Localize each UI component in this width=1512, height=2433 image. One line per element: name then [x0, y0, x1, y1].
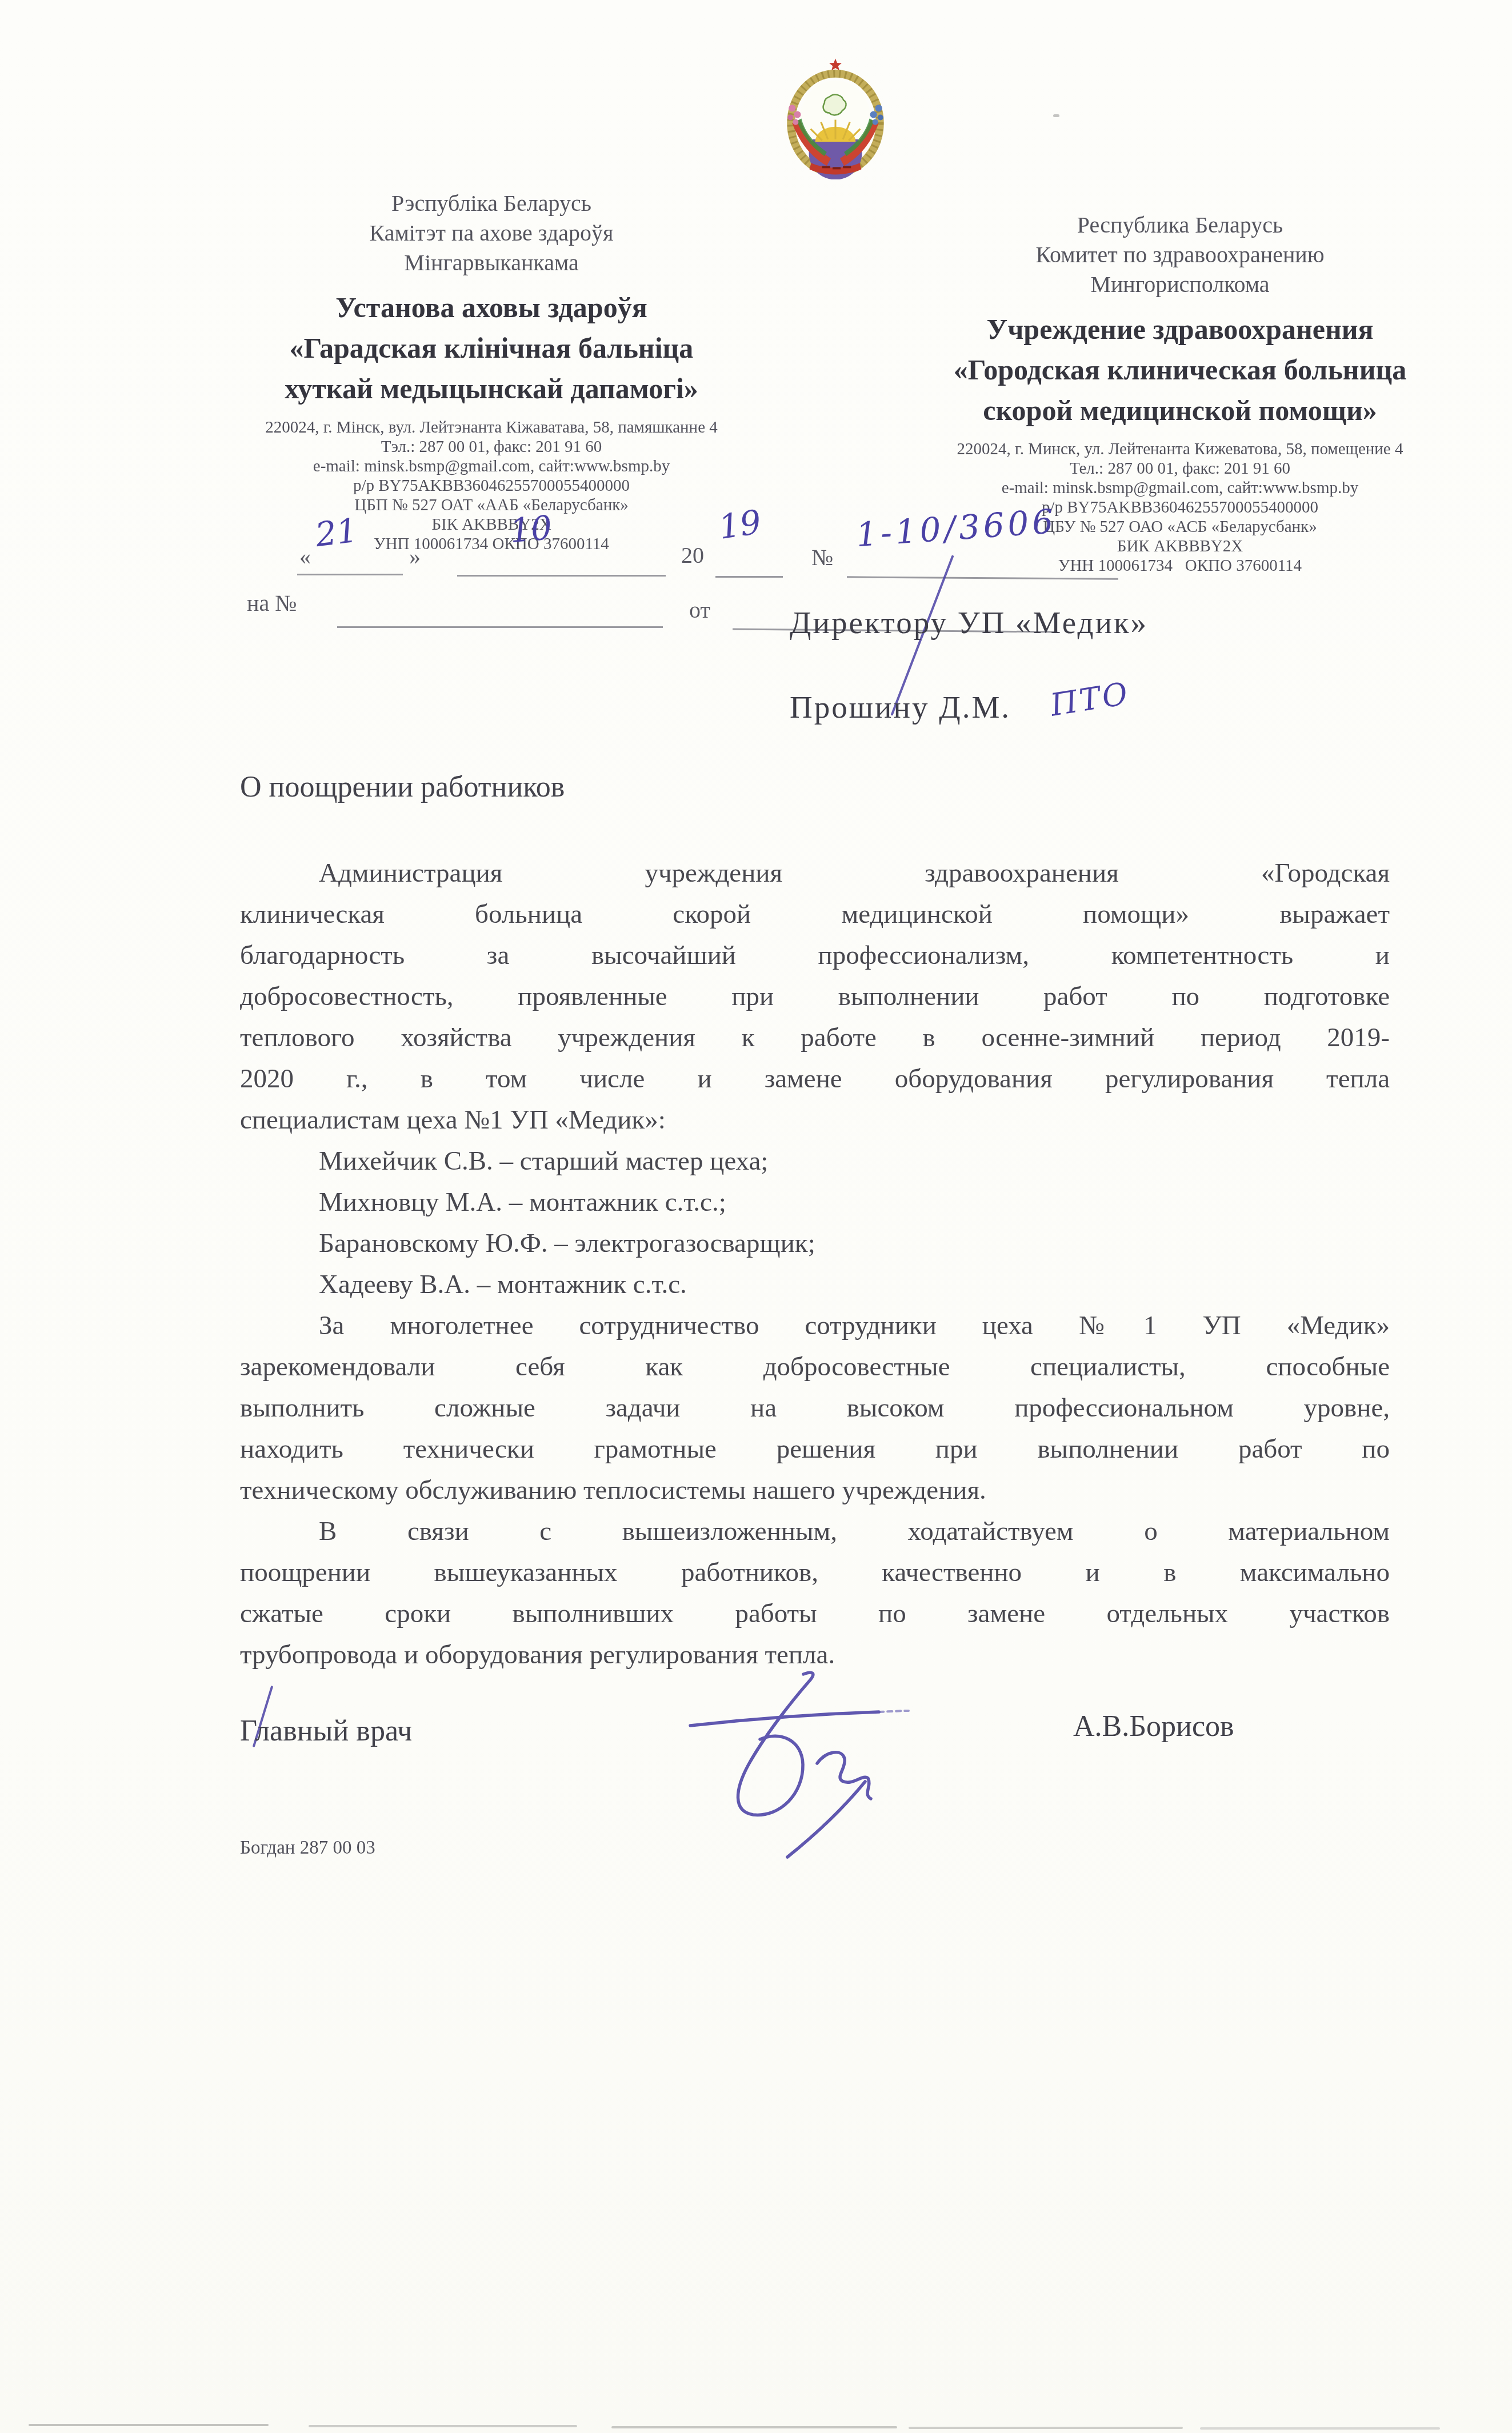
address-line: 220024, г. Мінск, вул. Лейтэнанта Кіжава… [217, 418, 766, 437]
country-line: Рэспубліка Беларусь [217, 189, 766, 218]
signature-scribble [673, 1667, 925, 1862]
scan-artifact [909, 2427, 1183, 2429]
recipient-line: Барановскому Ю.Ф. – электрогазосварщик; [240, 1223, 1390, 1264]
handwritten-day: 21 [313, 511, 360, 554]
recipient-line: Михновцу М.А. – монтажник с.т.с.; [240, 1182, 1390, 1223]
org-name-line: Учреждение здравоохранения [886, 312, 1474, 347]
doc-number-blank [847, 576, 1118, 579]
body-line: находить технически грамотные решения пр… [240, 1428, 1390, 1470]
number-label: № [811, 544, 833, 571]
date-close-quote: » [409, 543, 421, 570]
committee-line: Камітэт па ахове здароўя [217, 218, 766, 248]
scan-artifact [309, 2425, 577, 2427]
body-line: Администрация учреждения здравоохранения… [240, 853, 1390, 894]
unp-line: УНН 100061734 ОКПО 37600114 [886, 556, 1474, 575]
body-line: клиническая больница скорой медицинской … [240, 894, 1390, 935]
bank-line: ЦБП № 527 ОАТ «ААБ «Беларусбанк» [217, 495, 766, 515]
scan-artifact [1200, 2427, 1440, 2430]
signer-name: А.В.Борисов [1073, 1710, 1234, 1743]
addressee-line: Директору УП «Медик» [790, 605, 1148, 641]
na-number-label: на № [247, 590, 297, 617]
handwritten-pto-note: ПТО [1048, 675, 1133, 723]
country-line: Республика Беларусь [886, 210, 1474, 240]
email-line: e-mail: minsk.bsmp@gmail.com, сайт:www.b… [217, 457, 766, 476]
org-name-line: скорой медицинской помощи» [886, 393, 1474, 428]
account-line: р/р BY75AKBB36046255700055400000 [217, 476, 766, 495]
address-line: 220024, г. Минск, ул. Лейтенанта Кижеват… [886, 439, 1474, 459]
letter-body: Администрация учреждения здравоохранения… [240, 853, 1390, 1675]
year-prefix: 20 [681, 542, 704, 569]
belarus-coat-of-arms-icon [775, 55, 896, 179]
org-name-line: «Городская клиническая больница [886, 353, 1474, 387]
signer-position: Главный врач [240, 1714, 412, 1748]
body-line: благодарность за высочайший профессионал… [240, 935, 1390, 976]
body-line: сжатые сроки выполнивших работы по замен… [240, 1593, 1390, 1634]
handwritten-year: 19 [717, 502, 764, 547]
body-line: За многолетнее сотрудничество сотрудники… [240, 1305, 1390, 1346]
scan-artifact [611, 2426, 897, 2428]
body-line: добросовестность, проявленные при выполн… [240, 976, 1390, 1017]
body-line: теплового хозяйства учреждения к работе … [240, 1017, 1390, 1058]
body-line: техническому обслуживанию теплосистемы н… [240, 1470, 1390, 1511]
executor-line: Богдан 287 00 03 [240, 1838, 375, 1859]
committee-line: Комитет по здравоохранению [886, 240, 1474, 270]
scanned-letter-page: Рэспубліка Беларусь Камітэт па ахове зда… [0, 0, 1512, 2433]
date-day-blank [297, 574, 403, 575]
body-line: поощрении вышеуказанных работников, каче… [240, 1552, 1390, 1593]
sender-block-belarusian: Рэспубліка Беларусь Камітэт па ахове зда… [217, 189, 766, 554]
ot-label: от [689, 597, 710, 623]
email-line: e-mail: minsk.bsmp@gmail.com, сайт:www.b… [886, 478, 1474, 498]
date-open-quote: « [299, 543, 311, 570]
body-line: специалистам цеха №1 УП «Медик»: [240, 1099, 1390, 1141]
org-name-line: «Гарадская клінічная бальніца [217, 331, 766, 366]
recipient-line: Михейчик С.В. – старший мастер цеха; [240, 1141, 1390, 1182]
date-month-blank [457, 575, 666, 577]
recipient-line: Хадееву В.А. – монтажник с.т.с. [240, 1264, 1390, 1305]
addressee-line: Прошину Д.М. [790, 689, 1011, 725]
phone-line: Тел.: 287 00 01, факс: 201 91 60 [886, 459, 1474, 478]
executive-line: Мингорисполкома [886, 270, 1474, 299]
handwritten-month: 10 [508, 508, 553, 550]
body-line: В связи с вышеизложенным, ходатайствуем … [240, 1511, 1390, 1552]
org-name-line: хуткай медыцынскай дапамогі» [217, 371, 766, 406]
body-line: зарекомендовали себя как добросовестные … [240, 1346, 1390, 1387]
na-number-blank [337, 626, 663, 628]
body-line: выполнить сложные задачи на высоком проф… [240, 1387, 1390, 1428]
date-year-blank [715, 576, 783, 578]
scan-artifact [29, 2424, 269, 2426]
phone-line: Тэл.: 287 00 01, факс: 201 91 60 [217, 437, 766, 457]
bic-line: БІК AKBBBY2X [217, 515, 766, 534]
body-line: 2020 г., в том числе и замене оборудован… [240, 1058, 1390, 1099]
scan-artifact [1053, 114, 1059, 117]
subject-line: О поощрении работников [240, 770, 565, 804]
org-name-line: Установа аховы здароўя [217, 290, 766, 325]
executive-line: Мінгарвыканкама [217, 248, 766, 278]
star-icon [829, 59, 842, 71]
